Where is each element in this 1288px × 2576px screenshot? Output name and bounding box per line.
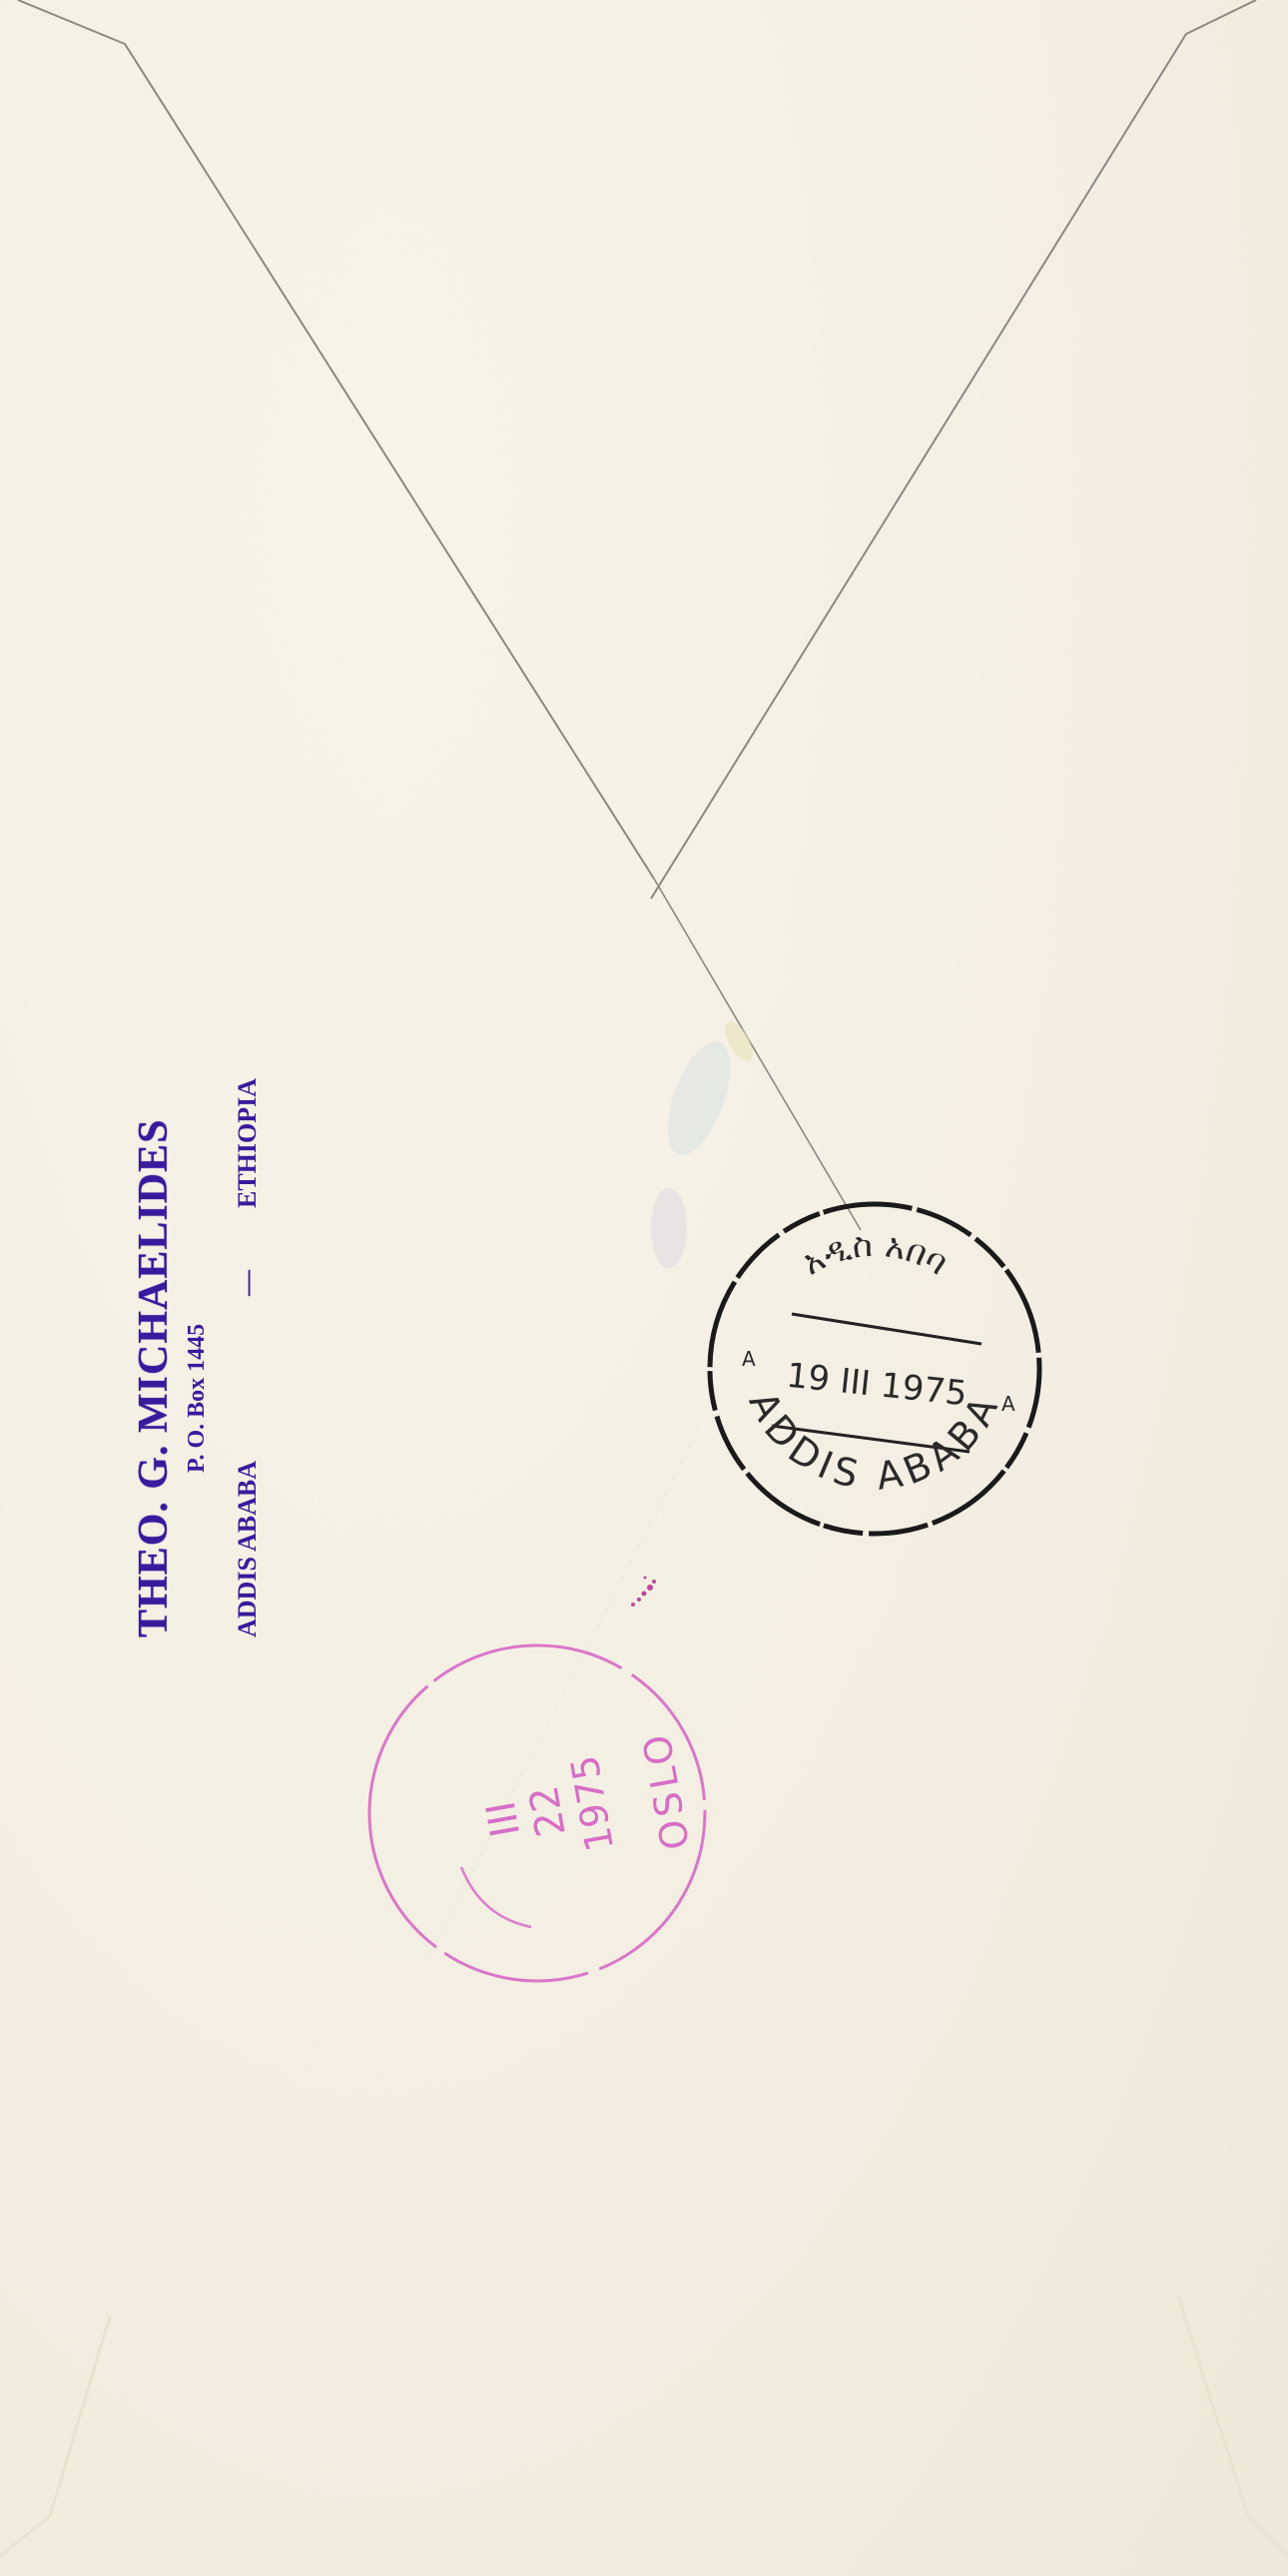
return-address-stamp: THEO. G. MICHAELIDES P. O. Box 1445 ADDI… [130, 988, 263, 1637]
oslo-postmark: III 22 1975 OSLO [361, 1637, 713, 1989]
envelope-back: THEO. G. MICHAELIDES P. O. Box 1445 ADDI… [0, 0, 1288, 2576]
po-box: P. O. Box 1445 [184, 988, 211, 1473]
svg-text:አዲስ አበባ: አዲስ አበባ [795, 1225, 955, 1284]
country: ETHIOPIA [233, 1078, 263, 1208]
postmark-city: OSLO [634, 1727, 698, 1853]
left-flap-edge [18, 0, 654, 879]
postmark-date: 19 III 1975 [785, 1356, 969, 1415]
postmark-year: 1975 [562, 1752, 622, 1855]
postmark-side-mark-left: A [742, 1347, 756, 1371]
postmark-month: III [478, 1797, 529, 1840]
bottom-left-flap-edge [0, 2316, 110, 2556]
city-country-line: ADDIS ABABA — ETHIOPIA [233, 988, 263, 1637]
postmark-top-text: አዲስ አበባ [795, 1225, 955, 1284]
city: ADDIS ABABA [233, 1358, 263, 1637]
right-flap-edge [651, 0, 1256, 899]
ink-speckle [631, 1577, 656, 1608]
addis-ababa-postmark: አዲስ አበባ 19 III 1975 A A ADDIS ABABA [702, 1196, 1047, 1542]
bottom-right-flap-edge [1178, 2296, 1288, 2556]
sender-name: THEO. G. MICHAELIDES [130, 988, 178, 1637]
separator: — [233, 1208, 263, 1358]
